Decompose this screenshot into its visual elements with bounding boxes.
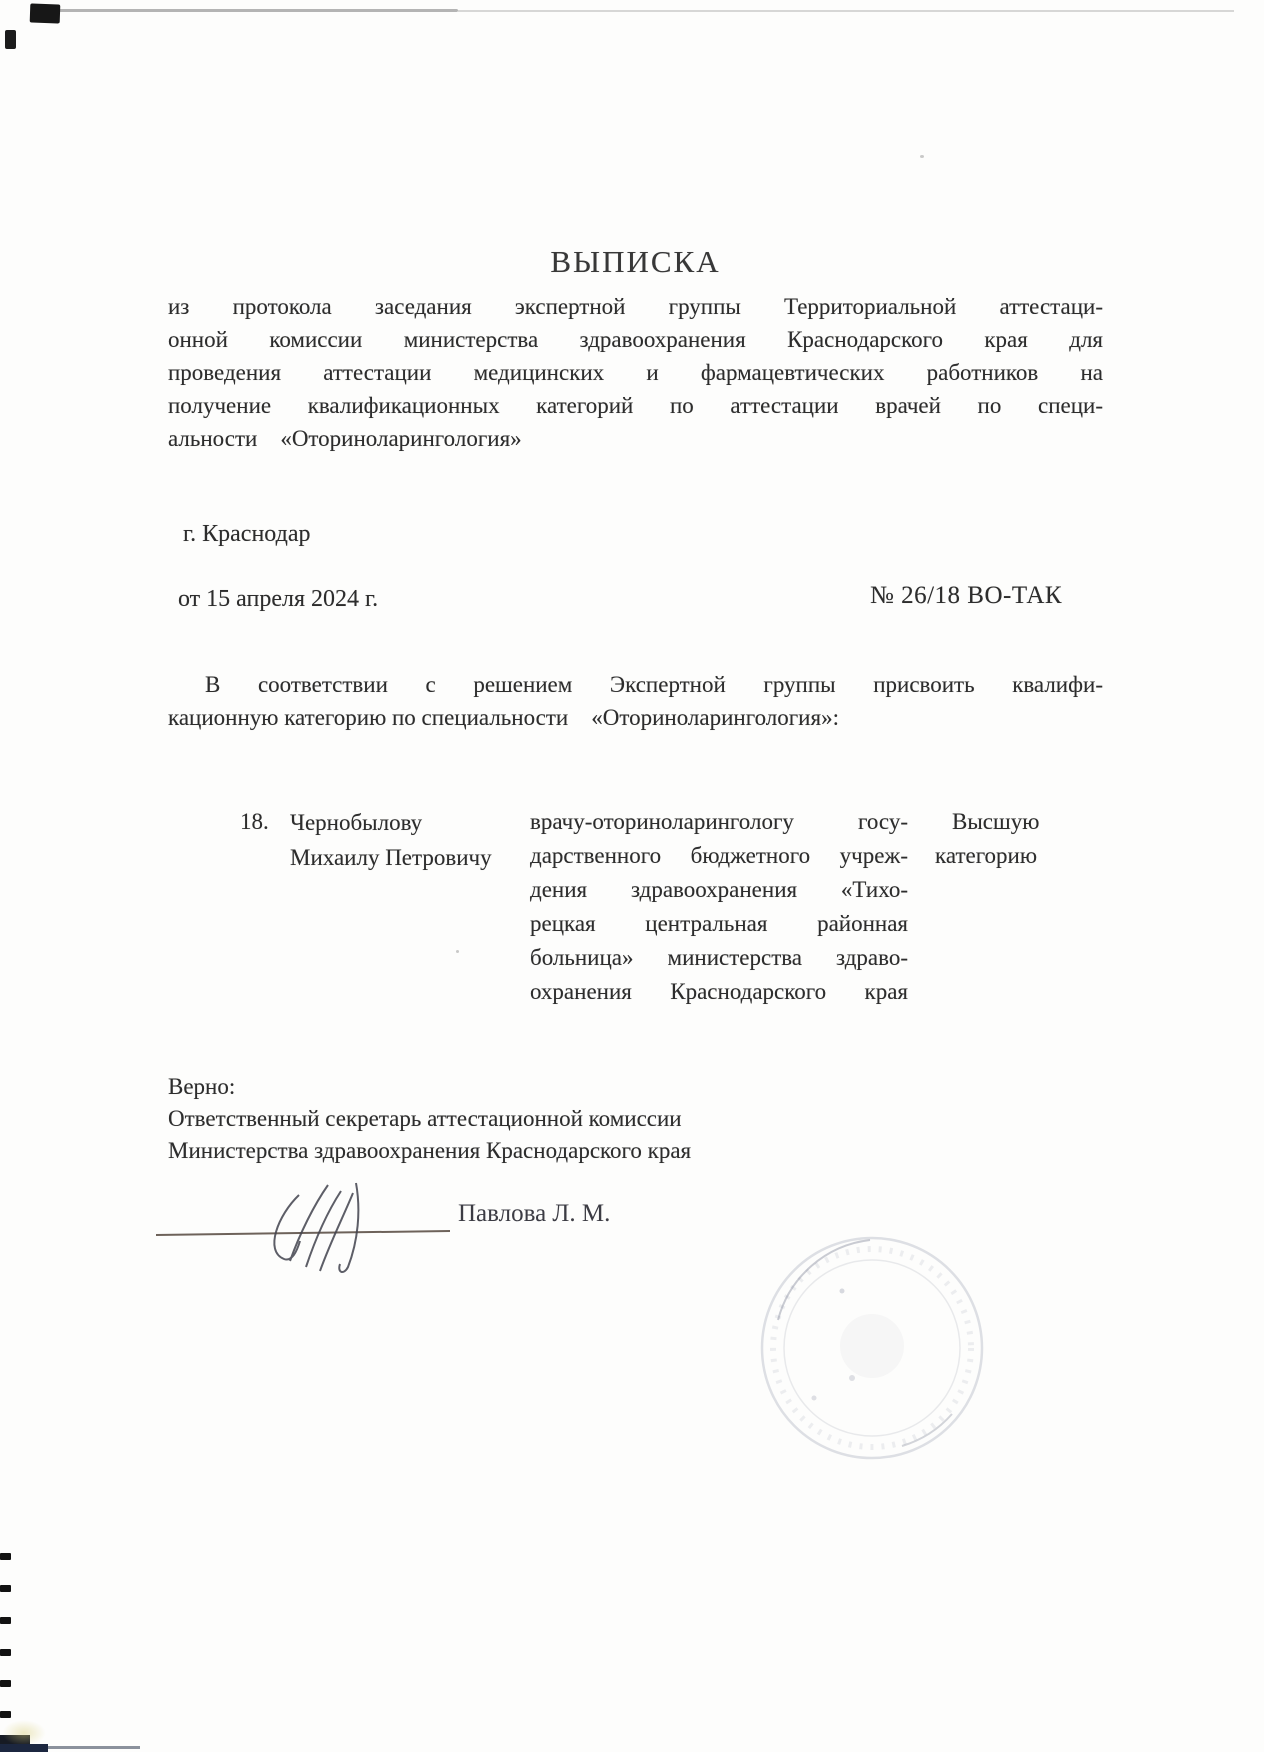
resolution-line: кационную категорию по специальности «От… bbox=[168, 701, 1103, 734]
intro-line: из протокола заседания экспертной группы… bbox=[168, 290, 1103, 323]
document-title: ВЫПИСКА bbox=[168, 244, 1103, 280]
signature-strokes bbox=[274, 1183, 358, 1272]
signer-name: Павлова Л. М. bbox=[458, 1200, 610, 1228]
scan-top-line-light bbox=[458, 10, 1234, 12]
entry-name-line: Чернобылову bbox=[290, 805, 515, 840]
entry-category-line: категорию bbox=[935, 839, 1070, 873]
scan-edge-dash bbox=[0, 1553, 11, 1560]
round-seal-stamp bbox=[752, 1228, 992, 1468]
scan-bottom-line bbox=[48, 1746, 140, 1749]
signature bbox=[148, 1175, 468, 1280]
signature-line bbox=[156, 1231, 450, 1235]
scan-edge-dash bbox=[0, 1680, 11, 1687]
intro-line: проведения аттестации медицинских и фарм… bbox=[168, 356, 1103, 389]
scan-edge-dash bbox=[0, 1617, 11, 1624]
entry-position-line: дения здравоохранения «Тихо- bbox=[530, 873, 908, 907]
entry-number: 18. bbox=[240, 805, 269, 839]
intro-line: альности «Оториноларингология» bbox=[168, 422, 1103, 455]
scan-speck bbox=[456, 950, 459, 953]
entry-position-line: охранения Краснодарского края bbox=[530, 975, 908, 1009]
date-label: от 15 апреля 2024 г. bbox=[178, 583, 378, 616]
scan-stain bbox=[2, 1720, 46, 1746]
secretary-line: Ответственный секретарь аттестационной к… bbox=[168, 1103, 968, 1135]
entry-position-line: врачу-оториноларингологу госу- bbox=[530, 805, 908, 839]
intro-paragraph: из протокола заседания экспертной группы… bbox=[168, 290, 1103, 455]
scan-bottom-bar bbox=[0, 1744, 48, 1752]
entry-position-column: врачу-оториноларингологу госу- дарственн… bbox=[530, 805, 908, 1009]
scan-top-line-dark bbox=[38, 9, 458, 12]
scan-mark-top-left bbox=[30, 3, 61, 23]
verno-label: Верно: bbox=[168, 1071, 968, 1103]
attestation-block: Верно: Ответственный секретарь аттестаци… bbox=[168, 1071, 968, 1167]
entry-name-column: Чернобылову Михаилу Петровичу bbox=[290, 805, 515, 875]
scanned-document-page: ВЫПИСКА из протокола заседания экспертно… bbox=[0, 0, 1264, 1752]
resolution-paragraph: В соответствии с решением Экспертной гру… bbox=[168, 668, 1103, 734]
scan-mark-top-left-small bbox=[5, 30, 16, 49]
entry-position-line: рецкая центральная районная bbox=[530, 907, 908, 941]
entry-category-line: Высшую bbox=[935, 805, 1070, 839]
scan-edge-dash bbox=[0, 1649, 11, 1656]
scan-edge-dash bbox=[0, 1711, 11, 1718]
secretary-line: Министерства здравоохранения Краснодарск… bbox=[168, 1135, 968, 1167]
intro-line: онной комиссии министерства здравоохране… bbox=[168, 323, 1103, 356]
document-number: № 26/18 ВО-ТАК bbox=[870, 579, 1062, 612]
entry-position-line: дарственного бюджетного учреж- bbox=[530, 839, 908, 873]
intro-line: получение квалификационных категорий по … bbox=[168, 389, 1103, 422]
city-label: г. Краснодар bbox=[183, 518, 310, 551]
scan-speck bbox=[920, 155, 924, 158]
entry-category-column: Высшую категорию bbox=[935, 805, 1070, 873]
entry-position-line: больница» министерства здраво- bbox=[530, 941, 908, 975]
resolution-line: В соответствии с решением Экспертной гру… bbox=[168, 668, 1103, 701]
entry-name-line: Михаилу Петровичу bbox=[290, 840, 515, 875]
scan-edge-dash bbox=[0, 1585, 11, 1592]
